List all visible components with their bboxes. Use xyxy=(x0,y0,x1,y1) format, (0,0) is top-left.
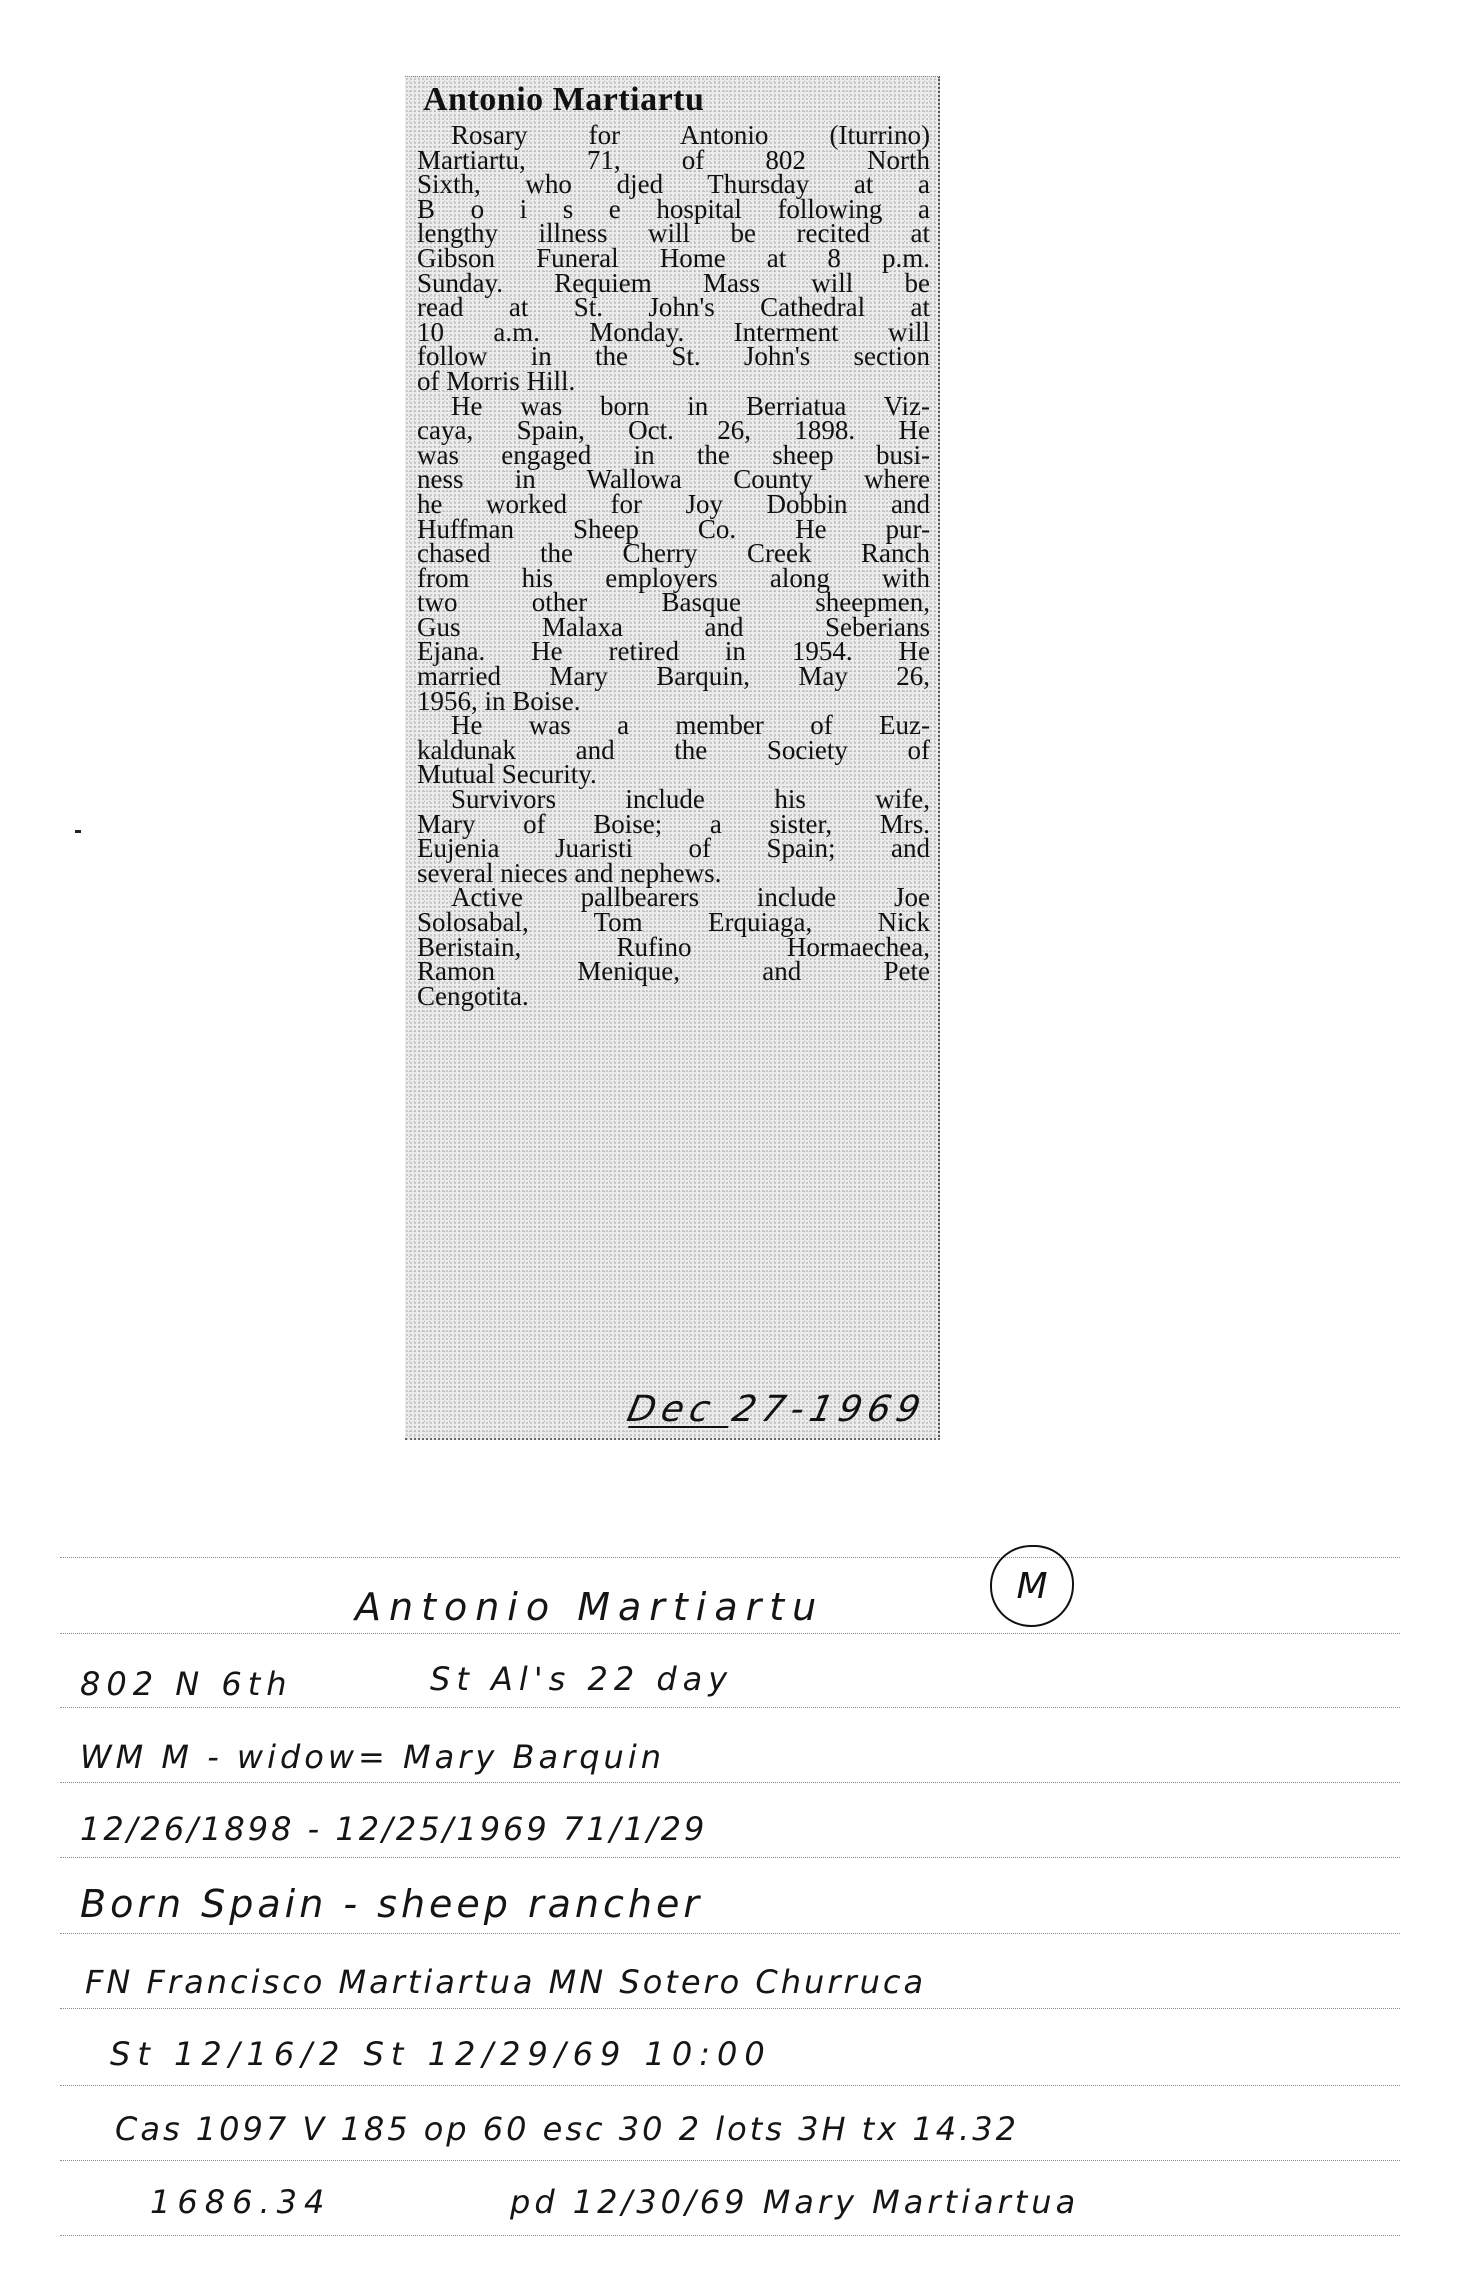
note-hospital-stay: St Al's 22 day xyxy=(430,1660,733,1698)
ruled-line xyxy=(60,1933,1400,1934)
paragraph-membership: He was a member of Euz- kaldunak and the… xyxy=(417,713,930,787)
note-dates-age: 12/26/1898 - 12/25/1969 71/1/29 xyxy=(80,1810,707,1848)
text-line: Rosary for Antonio (Iturrino) xyxy=(417,123,930,148)
note-status-spouse: WM M - widow= Mary Barquin xyxy=(80,1738,665,1776)
note-paid: pd 12/30/69 Mary Martiartua xyxy=(510,2183,1079,2221)
obituary-headline: Antonio Martiartu xyxy=(423,81,930,119)
text-line: married Mary Barquin, May 26, xyxy=(417,664,930,689)
ruled-line xyxy=(60,2160,1400,2161)
note-cemetery-charges: Cas 1097 V 185 op 60 esc 30 2 lots 3H tx… xyxy=(115,2110,1019,2148)
note-name: Antonio Martiartu xyxy=(355,1585,824,1629)
text-line: Solosabal, Tom Erquiaga, Nick xyxy=(417,910,930,935)
text-line: Survivors include his wife, xyxy=(417,787,930,812)
paragraph-pallbearers: Active pallbearers include Joe Solosabal… xyxy=(417,885,930,1008)
paragraph-survivors: Survivors include his wife, Mary of Bois… xyxy=(417,787,930,885)
circled-m-letter: M xyxy=(1016,1566,1047,1607)
ruled-line xyxy=(60,2008,1400,2009)
obituary-clipping: Antonio Martiartu Rosary for Antonio (It… xyxy=(405,76,940,1440)
ruled-line xyxy=(60,1557,1400,1558)
text-line: chased the Cherry Creek Ranch xyxy=(417,541,930,566)
circled-m-mark: M xyxy=(990,1545,1074,1627)
note-total: 1686.34 xyxy=(150,2183,331,2221)
note-parents: FN Francisco Martiartua MN Sotero Churru… xyxy=(85,1963,926,2001)
ruled-line xyxy=(60,1782,1400,1783)
note-birthplace-occupation: Born Spain - sheep rancher xyxy=(80,1882,703,1926)
ruled-line xyxy=(60,1707,1400,1708)
scan-speck xyxy=(75,830,81,833)
text-line: Gibson Funeral Home at 8 p.m. xyxy=(417,246,930,271)
text-line: he worked for Joy Dobbin and xyxy=(417,492,930,517)
text-line: Cengotita. xyxy=(417,984,930,1009)
ruled-line xyxy=(60,1633,1400,1634)
ruled-line xyxy=(60,2235,1400,2236)
ruled-line xyxy=(60,1857,1400,1858)
note-st-dates: St 12/16/2 St 12/29/69 10:00 xyxy=(110,2035,772,2073)
text-line: of Morris Hill. xyxy=(417,369,930,394)
paragraph-services: Rosary for Antonio (Iturrino) Martiartu,… xyxy=(417,123,930,394)
ruled-line xyxy=(60,2085,1400,2086)
handwritten-clipping-date: Dec 27-1969 xyxy=(624,1389,930,1430)
paragraph-biography: He was born in Berriatua Viz- caya, Spai… xyxy=(417,394,930,714)
note-address: 802 N 6th xyxy=(80,1665,293,1703)
